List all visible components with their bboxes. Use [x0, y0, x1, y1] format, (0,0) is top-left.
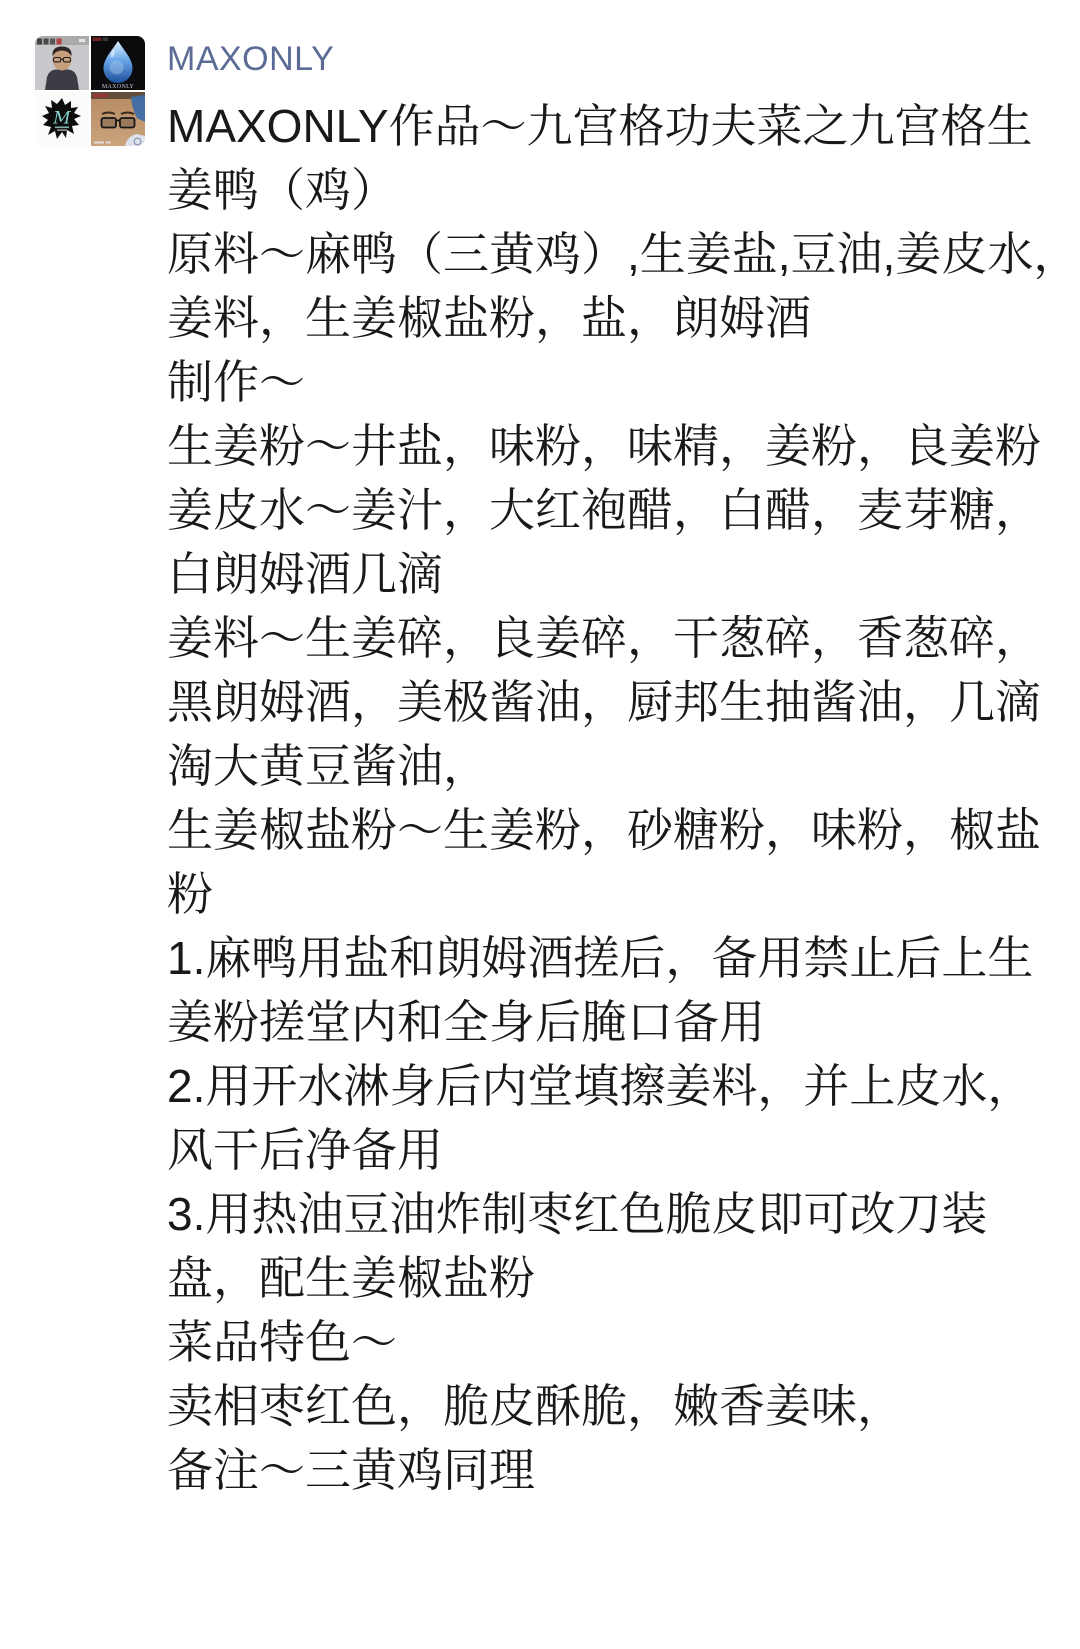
sender-name[interactable]: MAXONLY: [167, 38, 1059, 80]
avatar-cell-webcam-photo: [35, 36, 89, 90]
message-line: 风干后净备用: [167, 1118, 1059, 1182]
message-line: 黑朗姆酒，美极酱油，厨邦生抽酱油，几滴: [167, 670, 1059, 734]
drop-logo-text: MAXONLY: [102, 84, 135, 90]
message-line: 2.用开水淋身后内堂填擦姜料，并上皮水，: [167, 1054, 1059, 1118]
message-line: 原料～麻鸭（三黄鸡）,生姜盐,豆油,姜皮水，: [167, 222, 1059, 286]
message-line: 3.用热油豆油炸制枣红色脆皮即可改刀装: [167, 1182, 1059, 1246]
message-line: 姜粉搓堂内和全身后腌口备用: [167, 990, 1059, 1054]
monogram-letter: M: [52, 109, 71, 129]
message-line: 菜品特色～: [167, 1310, 1059, 1374]
ink-splat-monogram-icon: M: [35, 92, 89, 146]
message-line: 1.麻鸭用盐和朗姆酒搓后，备用禁止后上生: [167, 926, 1059, 990]
message-column: MAXONLY MAXONLY作品～九宫格功夫菜之九宫格生 姜鸭（鸡） 原料～麻…: [167, 38, 1059, 1502]
avatar-cell-ink-splat-logo: M: [35, 92, 89, 146]
man-webcam-photo-icon: [35, 36, 89, 90]
chat-message-view: MAXONLY M: [0, 0, 1080, 1649]
message-line: 姜鸭（鸡）: [167, 158, 1059, 222]
message-text[interactable]: MAXONLY作品～九宫格功夫菜之九宫格生 姜鸭（鸡） 原料～麻鸭（三黄鸡）,生…: [167, 94, 1059, 1502]
message-line: MAXONLY作品～九宫格功夫菜之九宫格生: [167, 94, 1059, 158]
message-line: 白朗姆酒几滴: [167, 542, 1059, 606]
message-line: 姜料～生姜碎，良姜碎，干葱碎，香葱碎，: [167, 606, 1059, 670]
message-line: 淘大黄豆酱油，: [167, 734, 1059, 798]
message-line: 生姜椒盐粉～生姜粉，砂糖粉，味粉，椒盐: [167, 798, 1059, 862]
message-line: 备注～三黄鸡同理: [167, 1438, 1059, 1502]
water-drop-logo-icon: MAXONLY: [91, 36, 145, 90]
message-line: 盘，配生姜椒盐粉: [167, 1246, 1059, 1310]
message-line: 姜料，生姜椒盐粉，盐，朗姆酒: [167, 286, 1059, 350]
avatar-cell-drop-logo: MAXONLY: [91, 36, 145, 90]
message-line: 卖相枣红色，脆皮酥脆，嫩香姜味，: [167, 1374, 1059, 1438]
message-line: 制作～: [167, 350, 1059, 414]
group-avatar[interactable]: MAXONLY M: [35, 36, 145, 146]
message-line: 粉: [167, 862, 1059, 926]
man-selfie-photo-icon: [91, 92, 145, 146]
message-line: 生姜粉～井盐，味粉，味精，姜粉，良姜粉: [167, 414, 1059, 478]
message-line: 姜皮水～姜汁，大红袍醋，白醋，麦芽糖，: [167, 478, 1059, 542]
avatar-cell-selfie-photo: [91, 92, 145, 146]
